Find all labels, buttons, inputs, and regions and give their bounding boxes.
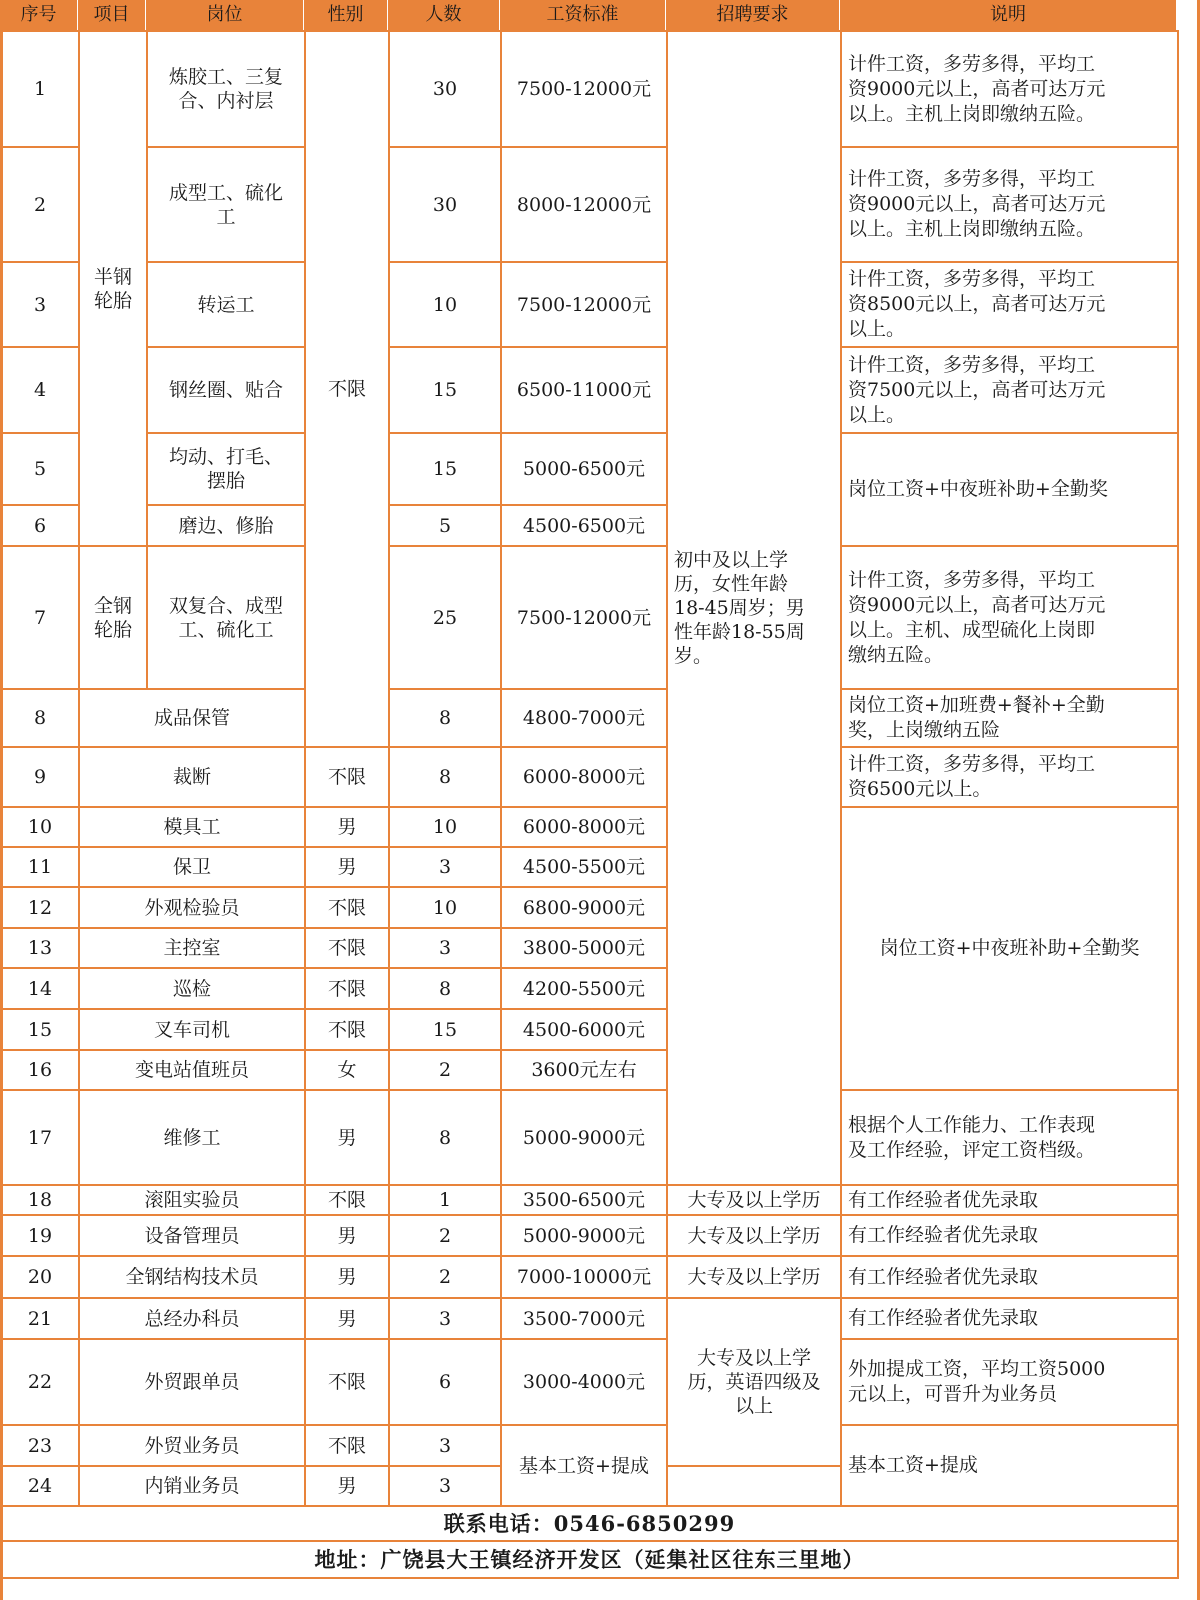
header-salary: 工资标准: [500, 0, 668, 30]
salary-cell: 3000-4000元: [500, 1338, 668, 1426]
row-number: 3: [0, 261, 80, 348]
gender-cell-text: 不限: [328, 1370, 366, 1394]
position-cell-text: 磨边、修胎: [178, 514, 273, 538]
header-notes-text: 说明: [990, 3, 1026, 27]
salary-cell-text: 3800-5000元: [523, 936, 645, 960]
salary-cell-text: 7500-12000元: [517, 293, 651, 317]
gender-cell: 男: [304, 1214, 390, 1257]
gender-cell: 男: [304, 1465, 390, 1507]
salary-cell-text: 6500-11000元: [517, 378, 651, 402]
gender-cell-text: 男: [337, 1224, 356, 1248]
salary-cell: 4500-6500元: [500, 504, 668, 547]
row-number-text: 2: [34, 193, 46, 217]
category-semi-steel-tire: 半钢 轮胎: [78, 30, 148, 547]
row-number-text: 21: [28, 1307, 52, 1331]
position-cell: 成型工、硫化 工: [146, 146, 306, 263]
note-cell: 基本工资+提成: [840, 1424, 1179, 1507]
recruitment-table: 序号项目岗位性别人数工资标准招聘要求说明12345678910111213141…: [0, 0, 1200, 1600]
count-cell-text: 15: [433, 457, 457, 481]
position-cell: 巡检: [78, 967, 306, 1010]
note-cell: 岗位工资+中夜班补助+全勤奖: [840, 432, 1179, 547]
gender-cell: 不限: [304, 1008, 390, 1051]
header-count-text: 人数: [426, 3, 462, 27]
row-number-text: 4: [34, 378, 46, 402]
count-cell: 3: [388, 1424, 502, 1467]
position-cell: 炼胶工、三复 合、内衬层: [146, 30, 306, 148]
salary-cell: 5000-9000元: [500, 1089, 668, 1186]
gender-cell: 男: [304, 1089, 390, 1186]
row-number-text: 17: [28, 1126, 52, 1150]
contact-phone: 联系电话：0546-6850299: [0, 1505, 1179, 1542]
count-cell-text: 2: [439, 1058, 451, 1082]
count-cell-text: 8: [439, 765, 451, 789]
count-cell-text: 10: [433, 896, 457, 920]
salary-cell: 8000-12000元: [500, 146, 668, 263]
note-cell-text: 计件工资，多劳多得，平均工 资6500元以上。: [848, 752, 1095, 802]
position-cell: 全钢结构技术员: [78, 1255, 306, 1299]
requirements-cell: 大专及以上学历: [666, 1255, 842, 1299]
count-cell-text: 2: [439, 1224, 451, 1248]
position-cell-text: 设备管理员: [144, 1224, 239, 1248]
gender-cell: 女: [304, 1049, 390, 1091]
gender-cell: 男: [304, 846, 390, 888]
row-number-text: 7: [34, 606, 46, 630]
salary-cell-text: 8000-12000元: [517, 193, 651, 217]
row-number-text: 9: [34, 765, 46, 789]
requirements-cell: 大专及以上学 历，英语四级及 以上: [666, 1297, 842, 1467]
header-no: 序号: [0, 0, 80, 30]
count-cell: 3: [388, 1297, 502, 1340]
row-number-text: 24: [28, 1474, 52, 1498]
gender-cell-text: 男: [337, 1126, 356, 1150]
count-cell-text: 3: [439, 1434, 451, 1458]
position-cell: 双复合、成型 工、硫化工: [146, 545, 306, 690]
salary-cell: 6000-8000元: [500, 746, 668, 808]
count-cell: 30: [388, 30, 502, 148]
position-cell: 成品保管: [78, 688, 306, 748]
note-cell: 有工作经验者优先录取: [840, 1255, 1179, 1299]
count-cell: 15: [388, 346, 502, 434]
position-cell-text: 成品保管: [154, 706, 230, 730]
note-cell-text: 根据个人工作能力、工作表现 及工作经验，评定工资档级。: [848, 1113, 1095, 1163]
salary-cell-text: 6800-9000元: [523, 896, 645, 920]
row-number: 21: [0, 1297, 80, 1340]
salary-cell-text: 7000-10000元: [517, 1265, 651, 1289]
header-no-text: 序号: [21, 3, 57, 27]
note-cell: 外加提成工资，平均工资5000 元以上，可晋升为业务员: [840, 1338, 1179, 1426]
count-cell: 1: [388, 1184, 502, 1216]
note-cell-text: 有工作经验者优先录取: [848, 1265, 1038, 1290]
count-cell: 10: [388, 886, 502, 929]
position-cell-text: 成型工、硫化 工: [169, 181, 283, 229]
position-cell: 均动、打毛、 摆胎: [146, 432, 306, 506]
gender-cell-text: 不限: [328, 936, 366, 960]
note-cell: 有工作经验者优先录取: [840, 1214, 1179, 1257]
gender-cell-text: 不限: [328, 1018, 366, 1042]
position-cell: 设备管理员: [78, 1214, 306, 1257]
row-number-text: 3: [34, 293, 46, 317]
count-cell-text: 3: [439, 855, 451, 879]
salary-cell-text: 3000-4000元: [523, 1370, 645, 1394]
count-cell: 3: [388, 927, 502, 969]
position-cell-text: 炼胶工、三复 合、内衬层: [169, 65, 283, 113]
gender-cell-text: 不限: [328, 896, 366, 920]
note-cell: 计件工资，多劳多得，平均工 资7500元以上，高者可达万元 以上。: [840, 346, 1179, 434]
header-notes: 说明: [840, 0, 1179, 30]
requirements-cell-text: 大专及以上学历: [687, 1188, 820, 1212]
position-cell-text: 钢丝圈、贴合: [169, 378, 283, 402]
row-number-text: 14: [28, 977, 52, 1001]
row-number-text: 19: [28, 1224, 52, 1248]
salary-cell: 4800-7000元: [500, 688, 668, 748]
gender-cell-text: 不限: [328, 765, 366, 789]
salary-cell-text: 5000-9000元: [523, 1126, 645, 1150]
count-cell-text: 3: [439, 936, 451, 960]
row-number: 11: [0, 846, 80, 888]
note-cell: 有工作经验者优先录取: [840, 1184, 1179, 1216]
count-cell: 8: [388, 688, 502, 748]
position-cell-text: 外观检验员: [144, 896, 239, 920]
position-cell: 维修工: [78, 1089, 306, 1186]
salary-cell-merged-text: 基本工资+提成: [519, 1454, 649, 1478]
salary-cell: 4200-5500元: [500, 967, 668, 1010]
row-number: 4: [0, 346, 80, 434]
salary-cell: 3600元左右: [500, 1049, 668, 1091]
salary-cell: 6800-9000元: [500, 886, 668, 929]
requirements-cell-text: 初中及以上学 历，女性年龄 18-45周岁；男 性年龄18-55周 岁。: [674, 548, 805, 668]
row-number-text: 23: [28, 1434, 52, 1458]
row-number-text: 5: [34, 457, 46, 481]
salary-cell: 6000-8000元: [500, 806, 668, 848]
requirements-cell: 大专及以上学历: [666, 1184, 842, 1216]
position-cell-text: 保卫: [173, 855, 211, 879]
position-cell-text: 全钢结构技术员: [125, 1265, 258, 1289]
position-cell: 磨边、修胎: [146, 504, 306, 547]
salary-cell: 5000-9000元: [500, 1214, 668, 1257]
salary-cell: 7500-12000元: [500, 261, 668, 348]
note-cell-text: 外加提成工资，平均工资5000 元以上，可晋升为业务员: [848, 1357, 1105, 1407]
count-cell: 8: [388, 746, 502, 808]
salary-cell-text: 4500-6500元: [523, 514, 645, 538]
position-cell-text: 叉车司机: [154, 1018, 230, 1042]
note-cell-text: 基本工资+提成: [848, 1453, 978, 1478]
position-cell: 外贸业务员: [78, 1424, 306, 1467]
gender-cell: 不限: [304, 927, 390, 969]
count-cell-text: 15: [433, 378, 457, 402]
count-cell: 2: [388, 1214, 502, 1257]
count-cell: 8: [388, 1089, 502, 1186]
position-cell-text: 裁断: [173, 765, 211, 789]
row-number-text: 20: [28, 1265, 52, 1289]
salary-cell-merged: 基本工资+提成: [500, 1424, 668, 1507]
requirements-cell-text: 大专及以上学 历，英语四级及 以上: [687, 1346, 820, 1418]
count-cell: 8: [388, 967, 502, 1010]
row-number: 13: [0, 927, 80, 969]
gender-cell: 不限: [304, 746, 390, 808]
count-cell: 6: [388, 1338, 502, 1426]
salary-cell: 3500-6500元: [500, 1184, 668, 1216]
row-number: 10: [0, 806, 80, 848]
salary-cell-text: 4200-5500元: [523, 977, 645, 1001]
position-cell: 外贸跟单员: [78, 1338, 306, 1426]
count-cell-text: 10: [433, 815, 457, 839]
row-number-text: 12: [28, 896, 52, 920]
count-cell: 3: [388, 1465, 502, 1507]
gender-cell-text: 不限: [328, 977, 366, 1001]
note-cell: 根据个人工作能力、工作表现 及工作经验，评定工资档级。: [840, 1089, 1179, 1186]
row-number-text: 22: [28, 1370, 52, 1394]
gender-cell-text: 不限: [328, 1434, 366, 1458]
gender-cell: 男: [304, 1297, 390, 1340]
salary-cell-text: 7500-12000元: [517, 77, 651, 101]
position-cell-text: 巡检: [173, 977, 211, 1001]
position-cell-text: 双复合、成型 工、硫化工: [169, 594, 283, 642]
note-cell: 岗位工资+加班费+餐补+全勤 奖，上岗缴纳五险: [840, 688, 1179, 748]
requirements-cell: 大专及以上学历: [666, 1214, 842, 1257]
gender-cell-merged-text: 不限: [328, 377, 366, 401]
salary-cell: 4500-6000元: [500, 1008, 668, 1051]
position-cell-text: 主控室: [163, 936, 220, 960]
position-cell-text: 内销业务员: [144, 1474, 239, 1498]
contact-address-text: 地址：广饶县大王镇经济开发区（延集社区往东三里地）: [315, 1548, 865, 1572]
row-number: 14: [0, 967, 80, 1010]
salary-cell: 3500-7000元: [500, 1297, 668, 1340]
count-cell: 30: [388, 146, 502, 263]
salary-cell: 6500-11000元: [500, 346, 668, 434]
count-cell: 10: [388, 806, 502, 848]
gender-cell: 不限: [304, 967, 390, 1010]
note-cell: 计件工资，多劳多得，平均工 资9000元以上，高者可达万元 以上。主机、成型硫化…: [840, 545, 1179, 690]
count-cell-text: 30: [433, 193, 457, 217]
salary-cell: 5000-6500元: [500, 432, 668, 506]
salary-cell: 7500-12000元: [500, 30, 668, 148]
salary-cell-text: 5000-6500元: [523, 457, 645, 481]
category-semi-steel-tire-text: 半钢 轮胎: [94, 265, 132, 313]
header-salary-text: 工资标准: [547, 3, 619, 27]
row-number-text: 15: [28, 1018, 52, 1042]
note-cell: 有工作经验者优先录取: [840, 1297, 1179, 1340]
header-project-text: 项目: [94, 3, 130, 27]
gender-cell-text: 男: [337, 855, 356, 879]
note-cell-text: 计件工资，多劳多得，平均工 资9000元以上，高者可达万元 以上。主机、成型硫化…: [848, 568, 1105, 668]
category-all-steel-tire-text: 全钢 轮胎: [94, 594, 132, 642]
row-number: 22: [0, 1338, 80, 1426]
row-number: 7: [0, 545, 80, 690]
position-cell: 保卫: [78, 846, 306, 888]
row-number: 19: [0, 1214, 80, 1257]
salary-cell-text: 5000-9000元: [523, 1224, 645, 1248]
salary-cell: 4500-5500元: [500, 846, 668, 888]
requirements-cell: [666, 1465, 842, 1507]
count-cell-text: 3: [439, 1307, 451, 1331]
salary-cell-text: 4800-7000元: [523, 706, 645, 730]
row-number: 6: [0, 504, 80, 547]
salary-cell-text: 6000-8000元: [523, 765, 645, 789]
count-cell: 2: [388, 1255, 502, 1299]
requirements-cell: 初中及以上学 历，女性年龄 18-45周岁；男 性年龄18-55周 岁。: [666, 30, 842, 1186]
row-number-text: 6: [34, 514, 46, 538]
position-cell: 内销业务员: [78, 1465, 306, 1507]
gender-cell: 不限: [304, 1424, 390, 1467]
row-number: 17: [0, 1089, 80, 1186]
gender-cell-text: 男: [337, 1265, 356, 1289]
gender-cell: 不限: [304, 1338, 390, 1426]
position-cell: 叉车司机: [78, 1008, 306, 1051]
position-cell: 钢丝圈、贴合: [146, 346, 306, 434]
salary-cell: 3800-5000元: [500, 927, 668, 969]
count-cell: 25: [388, 545, 502, 690]
row-number: 9: [0, 746, 80, 808]
gender-cell-text: 女: [337, 1058, 356, 1082]
header-gender: 性别: [304, 0, 390, 30]
note-cell: 计件工资，多劳多得，平均工 资6500元以上。: [840, 746, 1179, 808]
header-position: 岗位: [146, 0, 306, 30]
position-cell-text: 变电站值班员: [135, 1058, 249, 1082]
count-cell-text: 15: [433, 1018, 457, 1042]
note-cell-text: 岗位工资+加班费+餐补+全勤 奖，上岗缴纳五险: [848, 693, 1105, 743]
count-cell-text: 1: [439, 1188, 451, 1212]
note-cell: 计件工资，多劳多得，平均工 资8500元以上，高者可达万元 以上。: [840, 261, 1179, 348]
count-cell: 15: [388, 1008, 502, 1051]
row-number-text: 16: [28, 1058, 52, 1082]
header-gender-text: 性别: [328, 3, 364, 27]
row-number: 18: [0, 1184, 80, 1216]
count-cell: 10: [388, 261, 502, 348]
position-cell: 裁断: [78, 746, 306, 808]
gender-cell-text: 男: [337, 1307, 356, 1331]
note-cell-text: 岗位工资+中夜班补助+全勤奖: [848, 477, 1108, 502]
header-requirements-text: 招聘要求: [717, 3, 789, 27]
gender-cell: 男: [304, 1255, 390, 1299]
position-cell-text: 转运工: [197, 293, 254, 317]
requirements-cell-text: 大专及以上学历: [687, 1224, 820, 1248]
gender-cell-text: 不限: [328, 1188, 366, 1212]
note-cell: 计件工资，多劳多得，平均工 资9000元以上，高者可达万元 以上。主机上岗即缴纳…: [840, 146, 1179, 263]
count-cell-text: 8: [439, 706, 451, 730]
row-number: 2: [0, 146, 80, 263]
note-cell: 岗位工资+中夜班补助+全勤奖: [840, 806, 1179, 1091]
salary-cell: 7500-12000元: [500, 545, 668, 690]
note-cell-text: 计件工资，多劳多得，平均工 资9000元以上，高者可达万元 以上。主机上岗即缴纳…: [848, 167, 1105, 242]
header-project: 项目: [78, 0, 148, 30]
position-cell-text: 滚阻实验员: [144, 1188, 239, 1212]
header-count: 人数: [388, 0, 502, 30]
count-cell-text: 25: [433, 606, 457, 630]
row-number-text: 8: [34, 706, 46, 730]
note-cell-text: 岗位工资+中夜班补助+全勤奖: [880, 936, 1140, 961]
count-cell-text: 30: [433, 77, 457, 101]
salary-cell-text: 3500-7000元: [523, 1307, 645, 1331]
row-number-text: 11: [28, 855, 52, 879]
count-cell-text: 8: [439, 1126, 451, 1150]
salary-cell-text: 7500-12000元: [517, 606, 651, 630]
note-cell-text: 有工作经验者优先录取: [848, 1223, 1038, 1248]
note-cell-text: 计件工资，多劳多得，平均工 资9000元以上，高者可达万元 以上。主机上岗即缴纳…: [848, 52, 1105, 127]
row-number: 1: [0, 30, 80, 148]
salary-cell-text: 6000-8000元: [523, 815, 645, 839]
count-cell: 2: [388, 1049, 502, 1091]
count-cell-text: 8: [439, 977, 451, 1001]
note-cell-text: 计件工资，多劳多得，平均工 资7500元以上，高者可达万元 以上。: [848, 353, 1105, 428]
count-cell-text: 5: [439, 514, 451, 538]
count-cell-text: 6: [439, 1370, 451, 1394]
position-cell: 转运工: [146, 261, 306, 348]
header-position-text: 岗位: [207, 3, 243, 27]
salary-cell-text: 4500-5500元: [523, 855, 645, 879]
note-cell-text: 有工作经验者优先录取: [848, 1306, 1038, 1331]
salary-cell-text: 3600元左右: [531, 1058, 636, 1082]
row-number: 24: [0, 1465, 80, 1507]
position-cell: 总经办科员: [78, 1297, 306, 1340]
row-number-text: 10: [28, 815, 52, 839]
row-number: 5: [0, 432, 80, 506]
note-cell: 计件工资，多劳多得，平均工 资9000元以上，高者可达万元 以上。主机上岗即缴纳…: [840, 30, 1179, 148]
row-number: 23: [0, 1424, 80, 1467]
header-requirements: 招聘要求: [666, 0, 842, 30]
gender-cell-text: 男: [337, 815, 356, 839]
gender-cell-text: 男: [337, 1474, 356, 1498]
requirements-cell-text: 大专及以上学历: [687, 1265, 820, 1289]
count-cell: 3: [388, 846, 502, 888]
contact-address: 地址：广饶县大王镇经济开发区（延集社区往东三里地）: [0, 1540, 1179, 1579]
position-cell-text: 模具工: [163, 815, 220, 839]
row-number: 12: [0, 886, 80, 929]
row-number: 16: [0, 1049, 80, 1091]
note-cell-text: 有工作经验者优先录取: [848, 1188, 1038, 1213]
position-cell-text: 均动、打毛、 摆胎: [169, 445, 283, 493]
gender-cell: 不限: [304, 1184, 390, 1216]
count-cell: 5: [388, 504, 502, 547]
category-all-steel-tire: 全钢 轮胎: [78, 545, 148, 690]
position-cell: 滚阻实验员: [78, 1184, 306, 1216]
gender-cell: 不限: [304, 886, 390, 929]
row-number-text: 13: [28, 936, 52, 960]
row-number: 20: [0, 1255, 80, 1299]
gender-cell: 男: [304, 806, 390, 848]
row-number-text: 18: [28, 1188, 52, 1212]
row-number-text: 1: [34, 77, 46, 101]
contact-phone-text: 联系电话：0546-6850299: [444, 1512, 735, 1536]
salary-cell: 7000-10000元: [500, 1255, 668, 1299]
note-cell-text: 计件工资，多劳多得，平均工 资8500元以上，高者可达万元 以上。: [848, 267, 1105, 342]
row-number: 8: [0, 688, 80, 748]
position-cell-text: 总经办科员: [144, 1307, 239, 1331]
count-cell-text: 3: [439, 1474, 451, 1498]
position-cell-text: 外贸业务员: [144, 1434, 239, 1458]
salary-cell-text: 4500-6000元: [523, 1018, 645, 1042]
row-number: 15: [0, 1008, 80, 1051]
position-cell-text: 维修工: [163, 1126, 220, 1150]
position-cell: 外观检验员: [78, 886, 306, 929]
count-cell-text: 10: [433, 293, 457, 317]
position-cell: 主控室: [78, 927, 306, 969]
salary-cell-text: 3500-6500元: [523, 1188, 645, 1212]
count-cell: 15: [388, 432, 502, 506]
position-cell-text: 外贸跟单员: [144, 1370, 239, 1394]
gender-cell-merged: 不限: [304, 30, 390, 748]
count-cell-text: 2: [439, 1265, 451, 1289]
position-cell: 模具工: [78, 806, 306, 848]
position-cell: 变电站值班员: [78, 1049, 306, 1091]
